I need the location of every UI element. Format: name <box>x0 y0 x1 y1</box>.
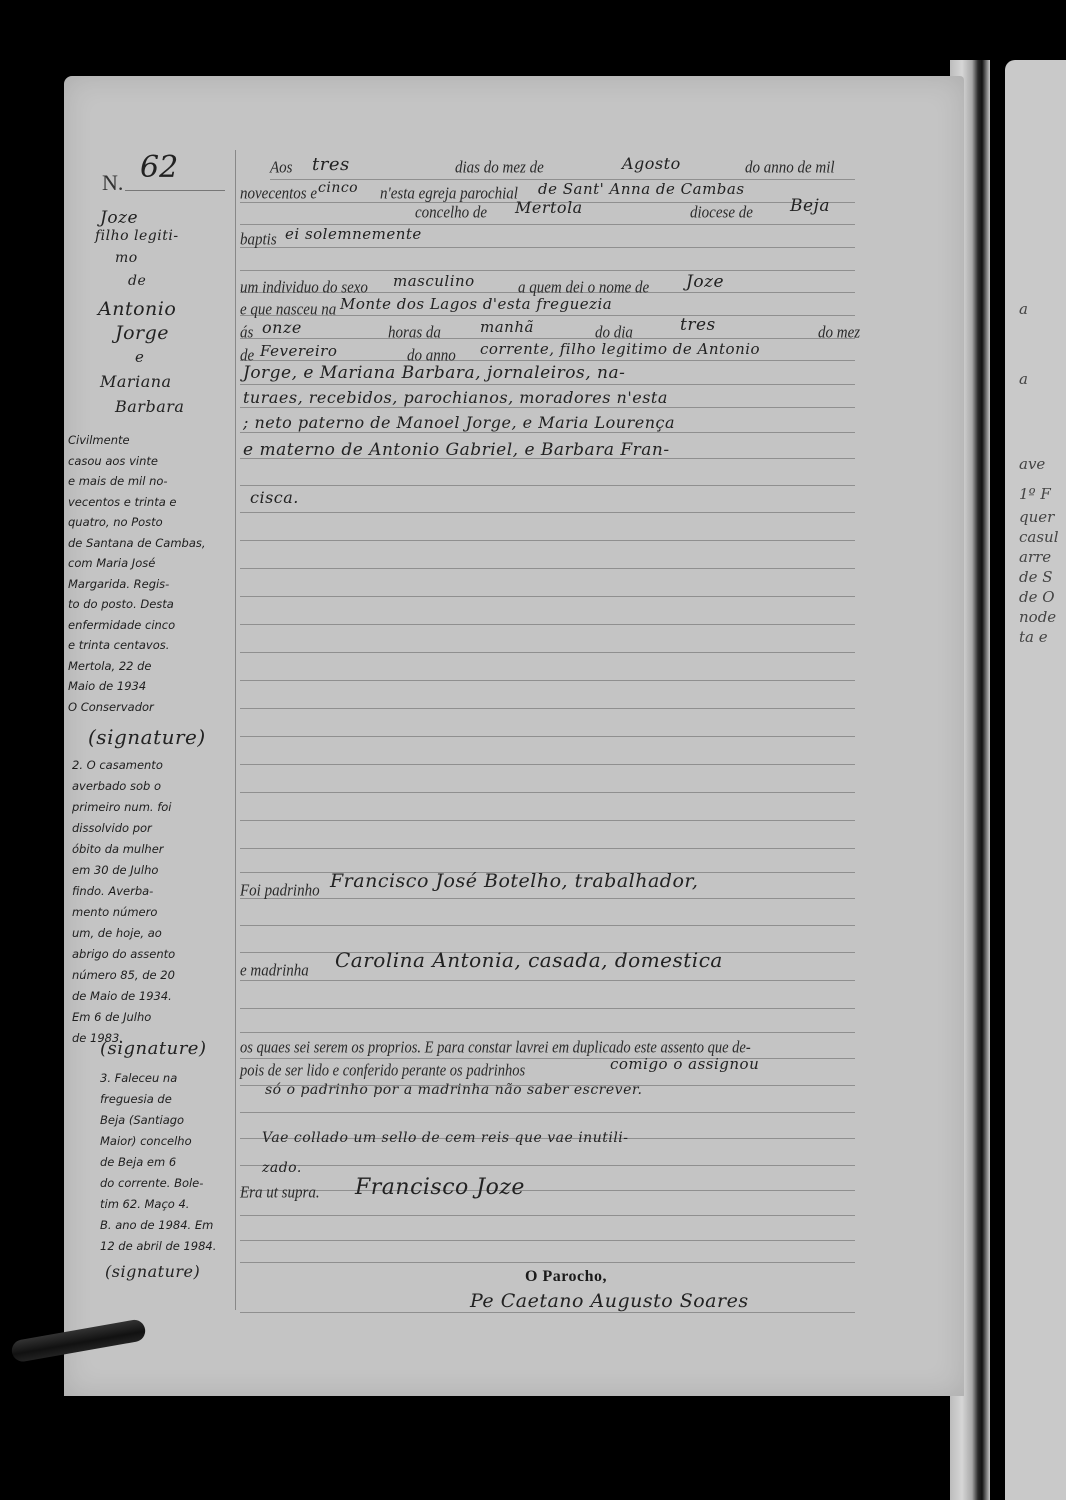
field-time-of-day: manhã <box>480 318 534 336</box>
priest-signature: Pe Caetano Augusto Soares <box>470 1290 749 1312</box>
margin-child-name: Joze <box>100 208 138 228</box>
field-birth-year-parents: corrente, filho legitimo de Antonio <box>480 340 760 358</box>
margin-father-surname: Jorge <box>115 322 169 344</box>
printed-dias-do-mez: dias do mez de <box>455 159 544 179</box>
printed-padrinho-label: Foi padrinho <box>240 882 320 902</box>
godfather-signature: Francisco Joze <box>355 1175 525 1200</box>
margin-annotation-2: 2. O casamento averbado sob o primeiro n… <box>72 755 242 1049</box>
margin-mother-surname: Barbara <box>115 397 184 416</box>
facing-page-fragment: a <box>1019 370 1028 388</box>
body-text-line: e materno de Antonio Gabriel, e Barbara … <box>243 440 670 460</box>
field-municipality: Mertola <box>515 198 583 217</box>
printed-madrinha-label: e madrinha <box>240 962 309 982</box>
field-birthplace: Monte dos Lagos d'esta freguezia <box>340 295 612 313</box>
field-stamp-note-cont: zado. <box>262 1160 302 1176</box>
facing-page-fragment: node <box>1019 608 1056 626</box>
printed-baptis: baptis <box>240 231 277 251</box>
body-text-line: Jorge, e Mariana Barbara, jornaleiros, n… <box>243 363 625 383</box>
body-text-line: ; neto paterno de Manoel Jorge, e Maria … <box>243 413 675 432</box>
margin-annotation-2-signature: (signature) <box>100 1038 206 1059</box>
priest-title: O Parocho, <box>525 1268 607 1286</box>
printed-concelho: concelho de <box>415 204 487 224</box>
entry-number: 62 <box>140 150 178 185</box>
facing-page-fragment: ave <box>1019 455 1045 473</box>
margin-father-name: Antonio <box>98 298 176 320</box>
printed-do-mez: do mez <box>818 324 860 344</box>
margin-child-note: de <box>128 273 146 289</box>
field-child-name: Joze <box>686 272 724 292</box>
printed-aos: Aos <box>270 159 293 179</box>
margin-child-note: e <box>135 348 144 366</box>
margin-child-note: mo <box>115 250 138 266</box>
facing-page: a a ave 1º F quer casul arre de S de O n… <box>1005 60 1066 1500</box>
printed-as: ás <box>240 324 253 344</box>
facing-page-fragment: de S <box>1019 568 1053 586</box>
margin-annotation-1: Civilmente casou aos vinte e mais de mil… <box>68 430 238 717</box>
entry-number-underline <box>125 190 225 191</box>
printed-egreja-parochial: n'esta egreja parochial <box>380 185 518 205</box>
field-godfather: Francisco José Botelho, trabalhador, <box>330 870 698 892</box>
margin-mother-name: Mariana <box>100 372 172 391</box>
printed-anno-de-mil: do anno de mil <box>745 159 835 179</box>
facing-page-fragment: 1º F <box>1019 485 1051 503</box>
field-godmother: Carolina Antonia, casada, domestica <box>335 948 723 972</box>
facing-page-fragment: ta e <box>1019 628 1048 646</box>
field-baptism-type: ei solemnemente <box>285 225 422 243</box>
field-signing-note: comigo o assignou <box>610 1055 759 1073</box>
facing-page-fragment: de O <box>1019 588 1055 606</box>
margin-annotation-1-signature: (signature) <box>88 725 206 749</box>
field-parish: de Sant' Anna de Cambas <box>538 180 745 198</box>
entry-number-label: N. <box>102 170 123 196</box>
printed-closing-2: pois de ser lido e conferido perante os … <box>240 1062 525 1082</box>
field-year: cinco <box>318 180 358 196</box>
field-birth-month: Fevereiro <box>260 342 337 360</box>
field-diocese: Beja <box>790 196 830 216</box>
margin-annotation-3-signature: (signature) <box>105 1262 200 1281</box>
printed-era-ut-supra: Era ut supra. <box>240 1184 320 1204</box>
field-hour: onze <box>262 318 302 337</box>
margin-annotation-3: 3. Faleceu na freguesia de Beja (Santiag… <box>100 1068 270 1257</box>
margin-child-note: filho legiti- <box>95 228 179 244</box>
printed-diocese: diocese de <box>690 204 753 224</box>
facing-page-fragment: arre <box>1019 548 1051 566</box>
field-birth-day: tres <box>680 315 716 335</box>
printed-novecentos: novecentos e <box>240 185 317 205</box>
field-month: Agosto <box>622 154 681 173</box>
body-text-line: cisca. <box>250 488 299 507</box>
facing-page-fragment: casul <box>1019 528 1059 546</box>
field-sex: masculino <box>393 272 475 290</box>
field-signing-note-cont: só o padrinho por a madrinha não saber e… <box>265 1082 642 1098</box>
field-day: tres <box>312 154 350 175</box>
facing-page-fragment: a <box>1019 300 1028 318</box>
facing-page-fragment: quer <box>1019 508 1054 526</box>
printed-horas-da: horas da <box>388 324 441 344</box>
field-stamp-note: Vae collado um sello de cem reis que vae… <box>262 1130 629 1146</box>
body-text-line: turaes, recebidos, parochianos, moradore… <box>243 388 668 407</box>
